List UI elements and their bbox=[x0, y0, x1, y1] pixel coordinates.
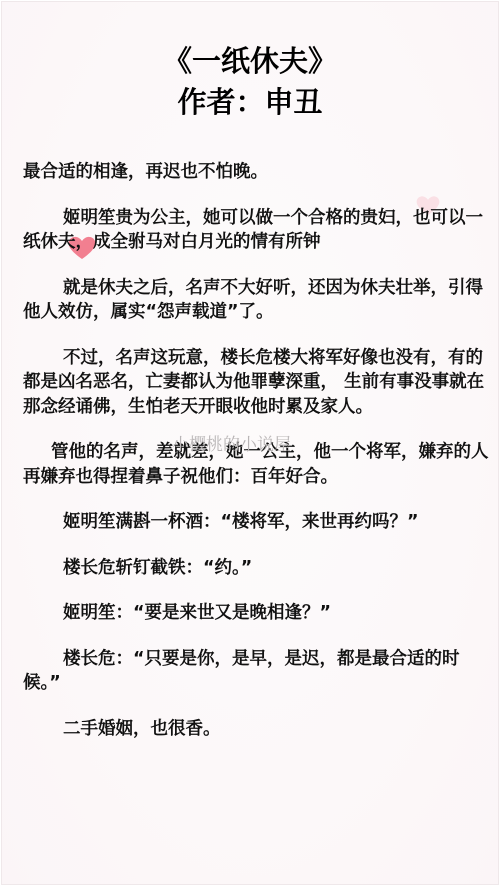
novel-intro-card: 《一纸休夫》 作者：申丑 最合适的相逢，再迟也不怕晚。 姬明笙贵为公主，她可以做… bbox=[1, 1, 499, 885]
synopsis-body: 最合适的相逢，再迟也不怕晚。 姬明笙贵为公主，她可以做一个合格的贵妇，也可以一纸… bbox=[23, 160, 493, 762]
paragraph: 姬明笙满斟一杯酒：“楼将军，来世再约吗？” bbox=[23, 510, 493, 535]
paragraph: 不过，名声这玩意，楼长危楼大将军好像也没有，有的都是凶名恶名，亡妻都认为他罪孽深… bbox=[23, 346, 493, 420]
title-block: 《一纸休夫》 作者：申丑 bbox=[2, 40, 498, 122]
watermark: 小樱桃的小说屋 bbox=[172, 430, 291, 455]
paragraph: 姬明笙贵为公主，她可以做一个合格的贵妇，也可以一纸休夫，成全驸马对白月光的情有所… bbox=[23, 206, 493, 255]
paragraph: 楼长危：“只要是你，是早，是迟，都是最合适的时候。” bbox=[23, 647, 493, 696]
paragraph: 二手婚姻，也很香。 bbox=[23, 717, 493, 742]
paragraph: 姬明笙：“要是来世又是晚相逢？” bbox=[23, 601, 493, 626]
paragraph: 最合适的相逢，再迟也不怕晚。 bbox=[23, 160, 493, 185]
author-line: 作者：申丑 bbox=[2, 82, 498, 122]
paragraph: 楼长危斩钉截铁：“约。” bbox=[23, 556, 493, 581]
paragraph: 就是休夫之后，名声不大好听，还因为休夫壮举，引得他人效仿，属实“怨声载道”了。 bbox=[23, 276, 493, 325]
book-title: 《一纸休夫》 bbox=[2, 40, 498, 82]
